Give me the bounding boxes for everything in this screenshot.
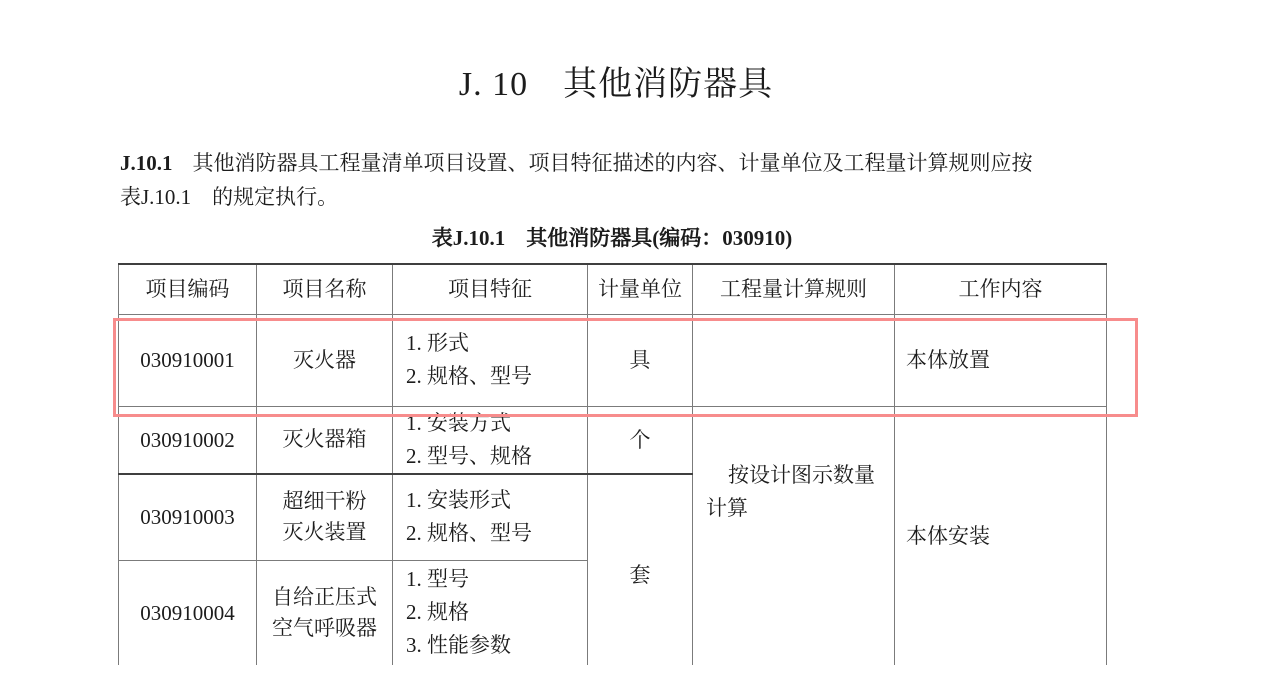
cell-code-3: 030910003 xyxy=(119,474,257,560)
col-header-work: 工作内容 xyxy=(895,264,1107,314)
intro-line-2: 表J.10.1 的规定执行。 xyxy=(120,180,1165,214)
cell-features-3: 1. 安装形式 2. 规格、型号 xyxy=(393,474,588,560)
intro-paragraph: J.10.1其他消防器具工程量清单项目设置、项目特征描述的内容、计量单位及工程量… xyxy=(120,146,1165,214)
table-caption: 表J.10.1 其他消防器具(编码：030910) xyxy=(118,222,1106,252)
cell-name-4: 自给正压式 空气呼吸器 xyxy=(257,560,393,665)
cell-name-3: 超细干粉 灭火装置 xyxy=(257,474,393,560)
col-header-features: 项目特征 xyxy=(393,264,588,314)
col-header-name: 项目名称 xyxy=(257,264,393,314)
section-title: J. 10 其他消防器具 xyxy=(0,64,1232,106)
name-line: 灭火装置 xyxy=(257,517,392,548)
feature-line: 3. 性能参数 xyxy=(406,629,587,662)
intro-text: 其他消防器具工程量清单项目设置、项目特征描述的内容、计量单位及工程量计算规则应按 xyxy=(193,151,1033,175)
clause-number: J.10.1 xyxy=(120,151,173,175)
name-line: 自给正压式 xyxy=(257,582,392,613)
col-header-unit: 计量单位 xyxy=(588,264,693,314)
col-header-rule: 工程量计算规则 xyxy=(693,264,895,314)
rule-text: 按设计图示数量计算 xyxy=(706,459,876,525)
cell-rule-merged: 按设计图示数量计算 xyxy=(693,406,895,665)
header-row: 项目编码 项目名称 项目特征 计量单位 工程量计算规则 工作内容 xyxy=(119,264,1107,314)
col-header-code: 项目编码 xyxy=(119,264,257,314)
feature-line: 2. 型号、规格 xyxy=(406,440,587,473)
cell-work-merged: 本体安装 xyxy=(895,406,1107,665)
feature-line: 2. 规格、型号 xyxy=(406,517,587,550)
feature-line: 1. 安装形式 xyxy=(406,484,587,517)
highlight-box xyxy=(113,318,1138,417)
document-page: J. 10 其他消防器具 J.10.1其他消防器具工程量清单项目设置、项目特征描… xyxy=(0,0,1269,689)
name-line: 空气呼吸器 xyxy=(257,613,392,644)
intro-line-1: J.10.1其他消防器具工程量清单项目设置、项目特征描述的内容、计量单位及工程量… xyxy=(120,146,1165,180)
cell-code-4: 030910004 xyxy=(119,560,257,665)
cell-features-4: 1. 型号 2. 规格 3. 性能参数 xyxy=(393,560,588,665)
cell-unit-merged: 套 xyxy=(588,474,693,665)
feature-line: 2. 规格 xyxy=(406,596,587,629)
name-line: 超细干粉 xyxy=(257,486,392,517)
name-line: 灭火器箱 xyxy=(257,424,392,455)
feature-line: 1. 型号 xyxy=(406,563,587,596)
